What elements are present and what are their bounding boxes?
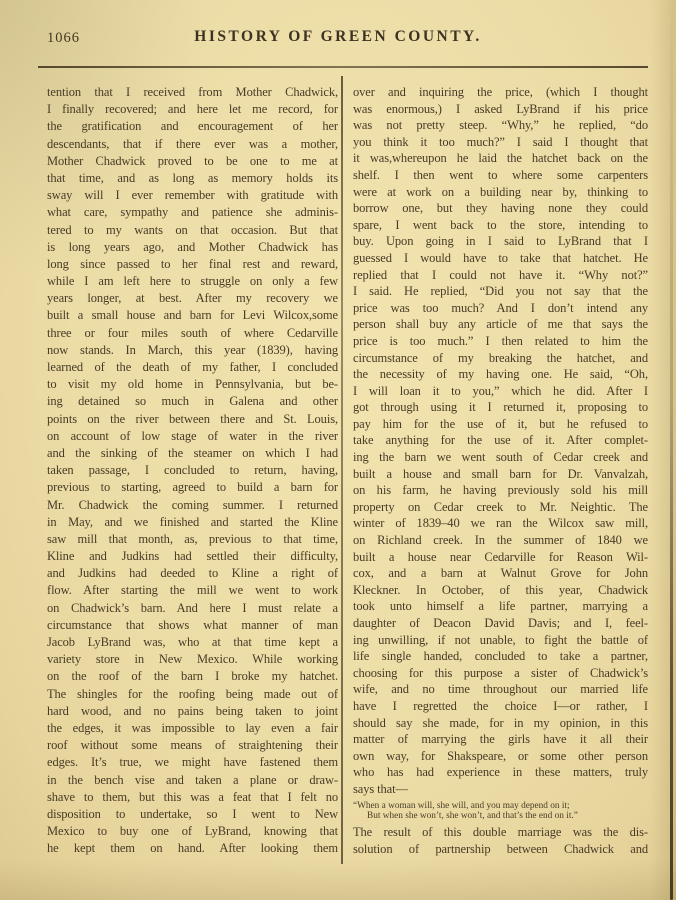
text-line: built a house and small barn for Dr. Van… [353,466,648,483]
text-line: who has had experience in these matters,… [353,764,648,781]
text-line: the necessity of my having one. He said,… [353,366,648,383]
book-page: 1066 HISTORY OF GREEN COUNTY. tention th… [0,0,676,900]
page-edge-shadow [670,0,673,900]
text-line: on account of low stage of water in the … [47,428,338,445]
text-line: long since passed to her final rest and … [47,256,338,273]
text-line: the edges, it was impossible to lay even… [47,720,338,737]
text-line: tention that I received from Mother Chad… [47,84,338,101]
text-line: that time, and as long as memory holds i… [47,170,338,187]
text-line: taken passage, I concluded to return, ha… [47,462,338,479]
text-line: circumstance that shows what manner of m… [47,617,338,634]
text-line: I said. He replied, “Did you not say tha… [353,283,648,300]
text-line: descendants, that if there ever was a mo… [47,136,338,153]
text-line: roof without some means of straightening… [47,737,338,754]
text-line: shave to them, but this was a feat that … [47,789,338,806]
text-line: price is too much.” I then related to hi… [353,333,648,350]
text-line: Jacob LyBrand was, who at that time kept… [47,634,338,651]
text-line: winter of 1839–40 we ran the Wilcox saw … [353,515,648,532]
text-line: points on the river between there and St… [47,411,338,428]
text-line: wife, and no time throughout our married… [353,681,648,698]
text-line: in May, and we finished and started the … [47,514,338,531]
text-line: now stands. In March, this year (1839), … [47,342,338,359]
text-line: guessed I would have to take that hatche… [353,250,648,267]
text-line: “When a woman will, she will, and you ma… [353,801,648,811]
text-line: you think it too much?” I said I thought… [353,134,648,151]
text-line: daughter of Deacon David Davis; and I, f… [353,615,648,632]
text-line: while I am left here to struggle on only… [47,273,338,290]
text-line: matter of marrying the girls have it all… [353,731,648,748]
text-line: built a small house and barn for Levi Wi… [47,307,338,324]
text-line: take anything for the use of it. After c… [353,432,648,449]
text-line: should say she made, for in my opinion, … [353,715,648,732]
text-line: to visit my old home in Pennsylvania, bu… [47,376,338,393]
text-line: choosing for this purpose a sister of Ch… [353,665,648,682]
text-line: previous to starting, agreed to build a … [47,479,338,496]
text-line: ing unwilling, if not unable, to fight t… [353,632,648,649]
text-line: he kept them on hand. After looking them [47,840,338,857]
header-rule [38,66,648,68]
text-line: solution of partnership between Chadwick… [353,841,648,859]
text-line: learned of the death of my father, I con… [47,359,338,376]
text-line: Mother Chadwick proved to be one to me a… [47,153,338,170]
page-title: HISTORY OF GREEN COUNTY. [60,28,616,46]
text-line: built a house near Cedarville for Reason… [353,549,648,566]
text-line: and the sinking of the steamer on which … [47,445,338,462]
text-line: ing detained so much in Galena and other [47,393,338,410]
text-line: got through using it I returned it, prop… [353,399,648,416]
text-line: replied that I could not have it. “Why n… [353,267,648,284]
text-line: on the roof of the barn I broke my hatch… [47,668,338,685]
text-line: variety store in New Mexico. While worki… [47,651,338,668]
text-line: sway will I ever remember with gratitude… [47,187,338,204]
text-line: life single handed, concluded to take a … [353,648,648,665]
right-column: over and inquiring the price, (which I t… [353,84,648,859]
text-line: took unto himself a life partner, marryi… [353,598,648,615]
text-line: person shall buy any article of me that … [353,316,648,333]
text-line: cox, and a barn at Walnut Grove for John [353,565,648,582]
text-line: disposition to undertake, so I went to N… [47,806,338,823]
text-line: flow. After starting the mill we went to… [47,582,338,599]
text-line: I finally recovered; and here let me rec… [47,101,338,118]
right-column-text: over and inquiring the price, (which I t… [353,84,648,798]
text-line: But when she won’t, she won’t, and that’… [353,811,648,821]
text-line: price was too much? And I don’t intend a… [353,300,648,317]
column-divider [341,76,343,864]
text-line: have I regretted the choice I—or rather,… [353,698,648,715]
text-line: tered to my wants on that occasion. But … [47,222,338,239]
text-line: Mr. Chadwick the coming summer. I return… [47,497,338,514]
text-line: over and inquiring the price, (which I t… [353,84,648,101]
text-line: in the bench vise and taken a plane or d… [47,772,338,789]
left-column-text: tention that I received from Mother Chad… [47,84,338,857]
text-line: Kleckner. In October, of this year, Chad… [353,582,648,599]
text-line: the gratification and encouragement of h… [47,118,338,135]
text-line: The result of this double marriage was t… [353,824,648,842]
text-line: says that— [353,781,648,798]
right-column-closing-text: The result of this double marriage was t… [353,824,648,859]
verse-quote: “When a woman will, she will, and you ma… [353,801,648,821]
text-line: borrow one, but they having none they co… [353,200,648,217]
text-line: pay him for the use of it, but he refuse… [353,416,648,433]
text-line: ing the barn we went south of Cedar cree… [353,449,648,466]
text-line: Mexico to buy one of LyBrand, knowing th… [47,823,338,840]
text-line: on Richland creek. In the summer of 1840… [353,532,648,549]
text-line: own way, for Shakspeare, or some other p… [353,748,648,765]
text-line: circumstance of my breaking the hatchet,… [353,350,648,367]
text-line: on Chadwick’s barn. And here I must rela… [47,600,338,617]
text-line: was not pretty steep. “Why,” he replied,… [353,117,648,134]
text-line: three or four miles south of where Cedar… [47,325,338,342]
text-line: The shingles for the roofing being made … [47,686,338,703]
text-line: what care, sympathy and patience she adm… [47,204,338,221]
text-line: saw mill that month, as, previous to tha… [47,531,338,548]
text-line: Kline and Judkins had settled their diff… [47,548,338,565]
text-line: shelf. I then went to where some carpent… [353,167,648,184]
text-line: spare, I went back to the store, intendi… [353,217,648,234]
text-line: I will loan it to you,” which he did. Af… [353,383,648,400]
text-line: hard wood, and no pains being taken to j… [47,703,338,720]
text-line: years longer, at best. After my recovery… [47,290,338,307]
text-line: were at work on a building near by, thin… [353,184,648,201]
text-line: buy. Upon going in I said to LyBrand tha… [353,233,648,250]
text-line: property on Cedar creek to Mr. Neightic.… [353,499,648,516]
text-line: and Judkins had deeded to Kline a right … [47,565,338,582]
text-line: is long years ago, and Mother Chadwick h… [47,239,338,256]
text-line: edges. It’s true, we might have fastened… [47,754,338,771]
text-line: on his farm, he having previously sold h… [353,482,648,499]
text-line: it was,whereupon he laid the hatchet bac… [353,150,648,167]
text-line: was enormous,) I asked LyBrand if his pr… [353,101,648,118]
left-column: tention that I received from Mother Chad… [47,84,338,857]
